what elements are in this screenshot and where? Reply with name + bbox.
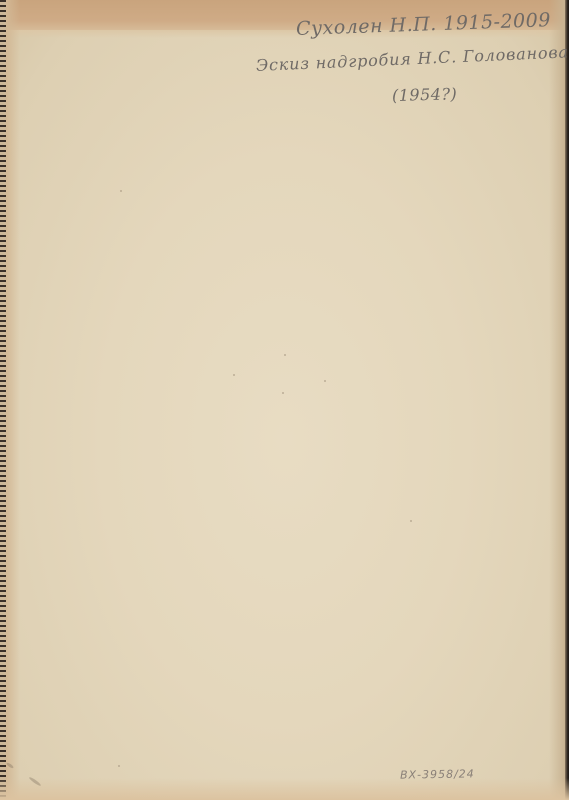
bottom-edge-shade [0,778,569,800]
paper-sheet: Сухолен Н.П. 1915-2009 Эскиз надгробия Н… [0,0,569,800]
paper-speck [120,190,122,192]
paper-speck [284,354,286,356]
dark-right-edge [565,0,569,800]
paper-speck [118,765,120,767]
paper-speck [410,520,412,522]
paper-speck [233,374,235,376]
artwork-year: (1954?) [392,84,458,105]
inventory-number: ВХ-3958/24 [400,767,475,781]
right-edge-shade [549,0,565,800]
artwork-title: Эскиз надгробия Н.С. Голованова [256,42,569,75]
left-edge-shade [6,0,20,800]
paper-speck [324,380,326,382]
paper-speck [282,392,284,394]
